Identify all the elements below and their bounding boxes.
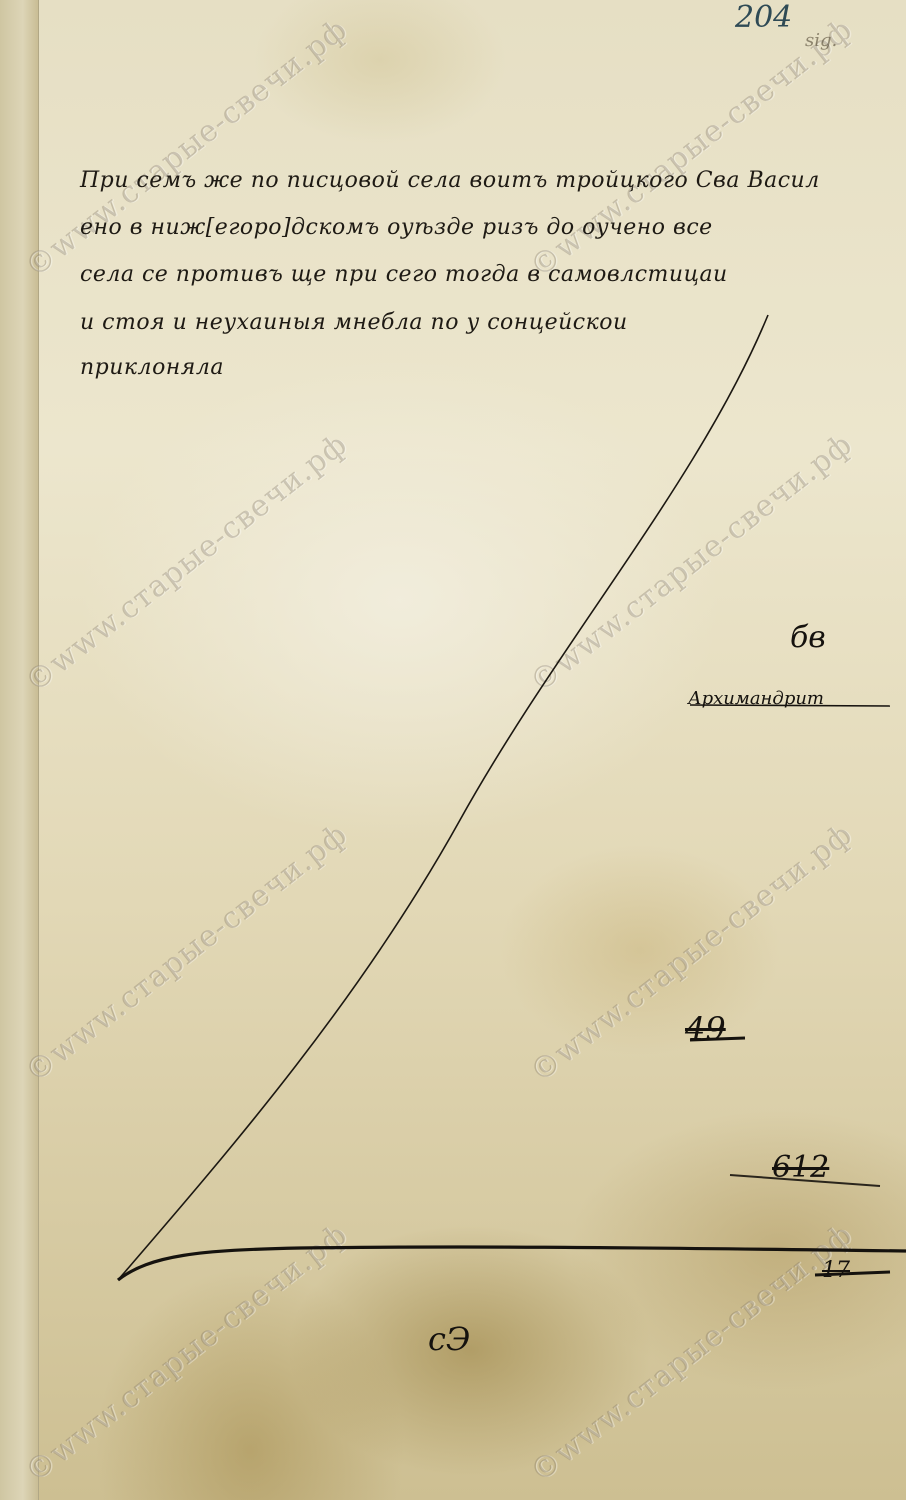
margin-note-2: Архимандрит: [688, 688, 824, 709]
margin-note-5: 17: [822, 1258, 850, 1283]
margin-note-4: 612: [772, 1150, 829, 1185]
margin-note-3: 49: [685, 1010, 726, 1048]
margin-note-1: бв: [790, 620, 826, 655]
page-number-bottom: сЭ: [428, 1320, 470, 1358]
closing-stroke: [0, 0, 906, 1500]
manuscript-page: ©www.старые-свечи.рф ©www.старые-свечи.р…: [0, 0, 906, 1500]
